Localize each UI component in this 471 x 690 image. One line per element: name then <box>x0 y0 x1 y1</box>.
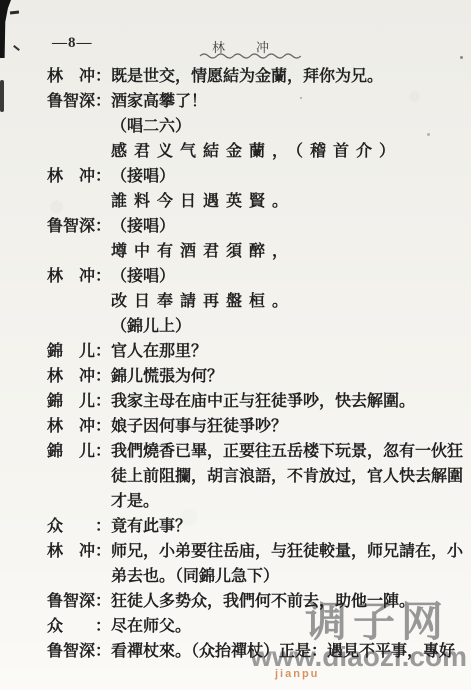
speaker-name: 林 冲： <box>47 364 111 389</box>
line-text: 看禪杖來。（众抬禪杖）正是：遇見不平事，專好 <box>111 643 455 660</box>
line-text: 娘子因何事与狂徒爭吵？ <box>111 418 287 435</box>
script-line: 鲁智深：（接唱） <box>0 214 471 239</box>
speaker-name: 林 冲： <box>47 164 111 189</box>
script-line: 錦 儿：官人在那里？ <box>0 339 471 364</box>
page-number: —8— <box>52 35 93 52</box>
script-line: 林 冲：娘子因何事与狂徒爭吵？ <box>0 414 471 439</box>
line-text: 酒家高攀了！ <box>111 93 207 110</box>
line-text: （唱二六） <box>111 118 191 135</box>
script-line: 鲁智深：看禪杖來。（众抬禪杖）正是：遇見不平事，專好 <box>0 639 471 664</box>
line-text: （接唱） <box>111 218 175 235</box>
speaker-name: 鲁智深： <box>47 639 111 664</box>
line-text: （錦儿上） <box>111 318 191 335</box>
script-line: 林 冲：錦儿慌張为何？ <box>0 364 471 389</box>
script-line: 錦 儿：我家主母在庙中正与狂徒爭吵，快去解圍。 <box>0 389 471 414</box>
line-text: 徒上前阻攔，胡言浪語，不肯放过，官人快去解圍 <box>111 468 463 485</box>
line-text: （接唱） <box>111 168 175 185</box>
line-text: 弟去也。（同錦儿急下） <box>111 568 279 585</box>
speaker-name: 林 冲： <box>47 64 111 89</box>
scan-artifact-speck <box>300 97 302 99</box>
speaker-name: 林 冲： <box>47 264 111 289</box>
scan-artifact-speck <box>460 56 463 59</box>
line-text: 师兄，小弟要往岳庙，与狂徒較量，师兄請在，小 <box>111 543 463 560</box>
speaker-name: 鲁智深： <box>47 214 111 239</box>
script-line: 林 冲：师兄，小弟要往岳庙，与狂徒較量，师兄請在，小 <box>0 539 471 564</box>
script-line: 林 冲：既是世交，情愿結为金蘭，拜你为兄。 <box>0 64 471 89</box>
speaker-name: 錦 儿： <box>47 439 111 464</box>
line-text: 我們燒香已畢，正要往五岳楼下玩景，忽有一伙狂 <box>111 443 463 460</box>
scan-artifact-speck <box>427 133 430 136</box>
script-line: 林 冲：（接唱） <box>0 164 471 189</box>
line-text: 竟有此事？ <box>111 518 191 535</box>
line-text: 才是。 <box>111 493 159 510</box>
script-line: 徒上前阻攔，胡言浪語，不肯放过，官人快去解圍 <box>0 464 471 489</box>
scan-artifact-tick <box>13 45 20 51</box>
speaker-name: 众 ： <box>47 514 111 539</box>
line-text: 官人在那里？ <box>111 343 207 360</box>
scan-artifact-blob <box>0 0 11 58</box>
watermark-small-text: jianpu <box>275 668 319 680</box>
line-text: 感君义气結金蘭，（稽首介） <box>111 143 402 160</box>
script-line: 墫中有酒君須醉， <box>0 239 471 264</box>
speaker-name: 鲁智深： <box>47 589 111 614</box>
speaker-name: 錦 儿： <box>47 389 111 414</box>
line-text: （接唱） <box>111 268 175 285</box>
script-line: 鲁智深：酒家高攀了！ <box>0 89 471 114</box>
line-text: 墫中有酒君須醉， <box>111 243 295 260</box>
line-text: 錦儿慌張为何？ <box>111 368 223 385</box>
line-text: 既是世交，情愿結为金蘭，拜你为兄。 <box>111 68 383 85</box>
script-line: 感君义气結金蘭，（稽首介） <box>0 139 471 164</box>
line-text: 尽在师父。 <box>111 618 191 635</box>
speaker-name: 林 冲： <box>47 414 111 439</box>
script-line: 改日奉請再盤桓。 <box>0 289 471 314</box>
scan-artifact-strip <box>0 80 4 112</box>
script-line: 鲁智深：狂徒人多势众，我們何不前去，助他一陣。 <box>0 589 471 614</box>
speaker-name: 錦 儿： <box>47 339 111 364</box>
script-line: 林 冲：（接唱） <box>0 264 471 289</box>
script-line: 才是。 <box>0 489 471 514</box>
speaker-name: 众 ： <box>47 614 111 639</box>
speaker-name: 鲁智深： <box>47 89 111 114</box>
script-line: 誰料今日遇英賢。 <box>0 189 471 214</box>
line-text: 誰料今日遇英賢。 <box>111 193 295 210</box>
script-body: 林 冲：既是世交，情愿結为金蘭，拜你为兄。 鲁智深：酒家高攀了！ （唱二六） 感… <box>0 64 471 664</box>
scan-artifact-dash <box>10 11 19 15</box>
speaker-name: 林 冲： <box>47 539 111 564</box>
script-line: （唱二六） <box>0 114 471 139</box>
script-line: 弟去也。（同錦儿急下） <box>0 564 471 589</box>
line-text: 改日奉請再盤桓。 <box>111 293 295 310</box>
scanned-script-page: —8— 林 冲 调子网 www.diaozi.com jianpu 林 冲：既是… <box>0 0 471 690</box>
script-line: 众 ：竟有此事？ <box>0 514 471 539</box>
line-text: 我家主母在庙中正与狂徒爭吵，快去解圍。 <box>111 393 415 410</box>
script-line: 錦 儿：我們燒香已畢，正要往五岳楼下玩景，忽有一伙狂 <box>0 439 471 464</box>
title-underline-wavy <box>199 51 301 59</box>
line-text: 狂徒人多势众，我們何不前去，助他一陣。 <box>111 593 415 610</box>
script-line: 众 ：尽在师父。 <box>0 614 471 639</box>
script-line: （錦儿上） <box>0 314 471 339</box>
